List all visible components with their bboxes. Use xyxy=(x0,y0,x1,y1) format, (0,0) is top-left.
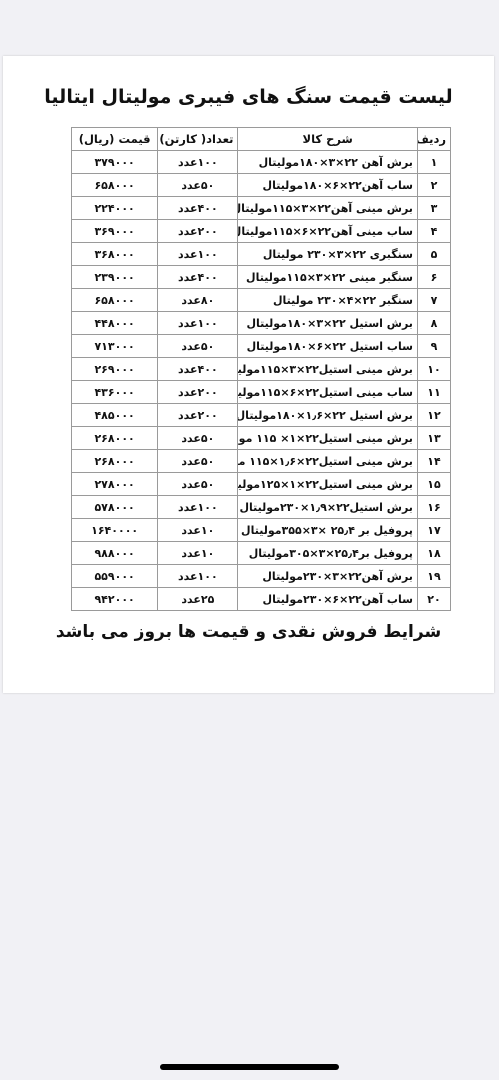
cell-row-number: ۱۸ xyxy=(417,542,450,565)
cell-price: ۲۶۹۰۰۰ xyxy=(72,358,158,381)
table-row: ۱۰برش مینی استیل۲۲×۳×۱۱۵مولیتال۴۰۰عدد۲۶۹… xyxy=(72,358,451,381)
cell-price: ۹۴۲۰۰۰ xyxy=(72,588,158,611)
cell-price: ۵۵۹۰۰۰ xyxy=(72,565,158,588)
table-row: ۱۶برش استیل۲۲×۱٫۹×۲۳۰مولیتال۱۰۰عدد۵۷۸۰۰۰ xyxy=(72,496,451,519)
cell-price: ۲۲۴۰۰۰ xyxy=(72,197,158,220)
cell-quantity: ۲۰۰عدد xyxy=(158,220,238,243)
price-list-document: لیست قیمت سنگ های فیبری مولیتال ایتالیا … xyxy=(3,56,494,693)
cell-quantity: ۴۰۰عدد xyxy=(158,266,238,289)
cell-description: سنگبر مینی ۲۲×۳×۱۱۵مولیتال xyxy=(238,266,417,289)
table-row: ۹ساب استیل ۲۲×۶×۱۸۰مولیتال۵۰عدد۷۱۳۰۰۰ xyxy=(72,335,451,358)
cell-quantity: ۴۰۰عدد xyxy=(158,358,238,381)
cell-row-number: ۶ xyxy=(417,266,450,289)
cell-quantity: ۱۰۰عدد xyxy=(158,312,238,335)
cell-price: ۱۶۴۰۰۰۰ xyxy=(72,519,158,542)
cell-description: برش مینی استیل۲۲×۱٫۶×۱۱۵ مولیتال xyxy=(238,450,417,473)
cell-description: ساب استیل ۲۲×۶×۱۸۰مولیتال xyxy=(238,335,417,358)
cell-quantity: ۸۰عدد xyxy=(158,289,238,312)
cell-description: برش آهن ۲۲×۳×۱۸۰مولیتال xyxy=(238,151,417,174)
cell-quantity: ۱۰۰عدد xyxy=(158,565,238,588)
cell-row-number: ۴ xyxy=(417,220,450,243)
footer-note: شرایط فروش نقدی و قیمت ها بروز می باشد xyxy=(3,622,494,642)
cell-price: ۹۸۸۰۰۰ xyxy=(72,542,158,565)
cell-price: ۳۶۸۰۰۰ xyxy=(72,243,158,266)
header-row-number: ردیف xyxy=(417,128,450,151)
header-price: قیمت (ریال) xyxy=(72,128,158,151)
cell-quantity: ۵۰عدد xyxy=(158,335,238,358)
table-body: ۱برش آهن ۲۲×۳×۱۸۰مولیتال۱۰۰عدد۳۷۹۰۰۰۲ساب… xyxy=(72,151,451,611)
cell-quantity: ۱۰۰عدد xyxy=(158,496,238,519)
cell-price: ۴۴۸۰۰۰ xyxy=(72,312,158,335)
cell-quantity: ۵۰عدد xyxy=(158,427,238,450)
cell-description: سنگبری ۲۲×۳×۲۳۰ مولیتال xyxy=(238,243,417,266)
cell-row-number: ۱۵ xyxy=(417,473,450,496)
table-row: ۷سنگبر ۲۲×۴×۲۳۰ مولیتال۸۰عدد۶۵۸۰۰۰ xyxy=(72,289,451,312)
table-row: ۵سنگبری ۲۲×۳×۲۳۰ مولیتال۱۰۰عدد۳۶۸۰۰۰ xyxy=(72,243,451,266)
cell-row-number: ۱ xyxy=(417,151,450,174)
cell-description: برش استیل ۲۲×۳×۱۸۰مولیتال xyxy=(238,312,417,335)
cell-row-number: ۱۴ xyxy=(417,450,450,473)
cell-quantity: ۵۰عدد xyxy=(158,174,238,197)
cell-row-number: ۱۲ xyxy=(417,404,450,427)
cell-description: سنگبر ۲۲×۴×۲۳۰ مولیتال xyxy=(238,289,417,312)
cell-description: برش استیل ۲۲×۱٫۶×۱۸۰مولیتال xyxy=(238,404,417,427)
cell-price: ۶۵۸۰۰۰ xyxy=(72,174,158,197)
table-row: ۸برش استیل ۲۲×۳×۱۸۰مولیتال۱۰۰عدد۴۴۸۰۰۰ xyxy=(72,312,451,335)
cell-row-number: ۸ xyxy=(417,312,450,335)
cell-price: ۳۷۹۰۰۰ xyxy=(72,151,158,174)
cell-description: ساب آهن۲۲×۶×۲۳۰مولیتال xyxy=(238,588,417,611)
table-row: ۱۴برش مینی استیل۲۲×۱٫۶×۱۱۵ مولیتال۵۰عدد۲… xyxy=(72,450,451,473)
table-row: ۱۳برش مینی استیل۲۲×۱× ۱۱۵ مولیتال۵۰عدد۲۶… xyxy=(72,427,451,450)
cell-quantity: ۴۰۰عدد xyxy=(158,197,238,220)
table-row: ۲۰ساب آهن۲۲×۶×۲۳۰مولیتال۲۵عدد۹۴۲۰۰۰ xyxy=(72,588,451,611)
cell-row-number: ۱۰ xyxy=(417,358,450,381)
cell-quantity: ۲۰۰عدد xyxy=(158,381,238,404)
cell-row-number: ۱۱ xyxy=(417,381,450,404)
cell-row-number: ۲۰ xyxy=(417,588,450,611)
cell-description: پروفیل بر ۲۵٫۴ ×۳×۳۵۵مولیتال xyxy=(238,519,417,542)
cell-quantity: ۱۰عدد xyxy=(158,542,238,565)
table-row: ۴ساب مینی آهن۲۲×۶×۱۱۵مولیتال۲۰۰عدد۳۶۹۰۰۰ xyxy=(72,220,451,243)
cell-row-number: ۱۶ xyxy=(417,496,450,519)
cell-description: برش مینی استیل۲۲×۳×۱۱۵مولیتال xyxy=(238,358,417,381)
cell-row-number: ۱۹ xyxy=(417,565,450,588)
cell-quantity: ۲۵عدد xyxy=(158,588,238,611)
cell-row-number: ۳ xyxy=(417,197,450,220)
cell-price: ۲۶۸۰۰۰ xyxy=(72,427,158,450)
cell-row-number: ۹ xyxy=(417,335,450,358)
cell-description: ساب مینی استیل۲۲×۶×۱۱۵مولیتال xyxy=(238,381,417,404)
cell-price: ۲۷۸۰۰۰ xyxy=(72,473,158,496)
table-header-row: ردیف شرح کالا تعداد( کارتن) قیمت (ریال) xyxy=(72,128,451,151)
cell-price: ۵۷۸۰۰۰ xyxy=(72,496,158,519)
table-row: ۱۱ساب مینی استیل۲۲×۶×۱۱۵مولیتال۲۰۰عدد۴۳۶… xyxy=(72,381,451,404)
cell-quantity: ۵۰عدد xyxy=(158,450,238,473)
cell-description: برش مینی آهن۲۲×۳×۱۱۵مولیتال xyxy=(238,197,417,220)
cell-price: ۲۶۸۰۰۰ xyxy=(72,450,158,473)
cell-description: پروفیل بر۲۵٫۴×۳×۳۰۵مولیتال xyxy=(238,542,417,565)
cell-description: برش مینی استیل۲۲×۱× ۱۱۵ مولیتال xyxy=(238,427,417,450)
cell-price: ۲۳۹۰۰۰ xyxy=(72,266,158,289)
home-indicator[interactable] xyxy=(160,1064,339,1070)
cell-row-number: ۵ xyxy=(417,243,450,266)
table-row: ۱۹برش آهن۲۲×۳×۲۳۰مولیتال۱۰۰عدد۵۵۹۰۰۰ xyxy=(72,565,451,588)
table-row: ۱برش آهن ۲۲×۳×۱۸۰مولیتال۱۰۰عدد۳۷۹۰۰۰ xyxy=(72,151,451,174)
cell-price: ۷۱۳۰۰۰ xyxy=(72,335,158,358)
table-row: ۱۸پروفیل بر۲۵٫۴×۳×۳۰۵مولیتال۱۰عدد۹۸۸۰۰۰ xyxy=(72,542,451,565)
cell-quantity: ۱۰۰عدد xyxy=(158,243,238,266)
table-row: ۶سنگبر مینی ۲۲×۳×۱۱۵مولیتال۴۰۰عدد۲۳۹۰۰۰ xyxy=(72,266,451,289)
table-row: ۲ساب آهن۲۲×۶×۱۸۰مولیتال۵۰عدد۶۵۸۰۰۰ xyxy=(72,174,451,197)
cell-row-number: ۷ xyxy=(417,289,450,312)
cell-quantity: ۲۰۰عدد xyxy=(158,404,238,427)
table-row: ۱۷پروفیل بر ۲۵٫۴ ×۳×۳۵۵مولیتال۱۰عدد۱۶۴۰۰… xyxy=(72,519,451,542)
cell-price: ۳۶۹۰۰۰ xyxy=(72,220,158,243)
document-title: لیست قیمت سنگ های فیبری مولیتال ایتالیا xyxy=(3,86,494,108)
table-row: ۳برش مینی آهن۲۲×۳×۱۱۵مولیتال۴۰۰عدد۲۲۴۰۰۰ xyxy=(72,197,451,220)
cell-description: ساب مینی آهن۲۲×۶×۱۱۵مولیتال xyxy=(238,220,417,243)
table-row: ۱۲برش استیل ۲۲×۱٫۶×۱۸۰مولیتال۲۰۰عدد۴۸۵۰۰… xyxy=(72,404,451,427)
table-row: ۱۵برش مینی استیل۲۲×۱×۱۲۵مولیتال۵۰عدد۲۷۸۰… xyxy=(72,473,451,496)
cell-quantity: ۱۰۰عدد xyxy=(158,151,238,174)
cell-description: ساب آهن۲۲×۶×۱۸۰مولیتال xyxy=(238,174,417,197)
cell-price: ۶۵۸۰۰۰ xyxy=(72,289,158,312)
cell-description: برش استیل۲۲×۱٫۹×۲۳۰مولیتال xyxy=(238,496,417,519)
price-table: ردیف شرح کالا تعداد( کارتن) قیمت (ریال) … xyxy=(71,127,451,611)
cell-description: برش آهن۲۲×۳×۲۳۰مولیتال xyxy=(238,565,417,588)
cell-row-number: ۱۷ xyxy=(417,519,450,542)
header-description: شرح کالا xyxy=(238,128,417,151)
cell-price: ۴۸۵۰۰۰ xyxy=(72,404,158,427)
cell-row-number: ۲ xyxy=(417,174,450,197)
cell-description: برش مینی استیل۲۲×۱×۱۲۵مولیتال xyxy=(238,473,417,496)
cell-quantity: ۱۰عدد xyxy=(158,519,238,542)
cell-price: ۴۳۶۰۰۰ xyxy=(72,381,158,404)
header-quantity: تعداد( کارتن) xyxy=(158,128,238,151)
cell-row-number: ۱۳ xyxy=(417,427,450,450)
cell-quantity: ۵۰عدد xyxy=(158,473,238,496)
